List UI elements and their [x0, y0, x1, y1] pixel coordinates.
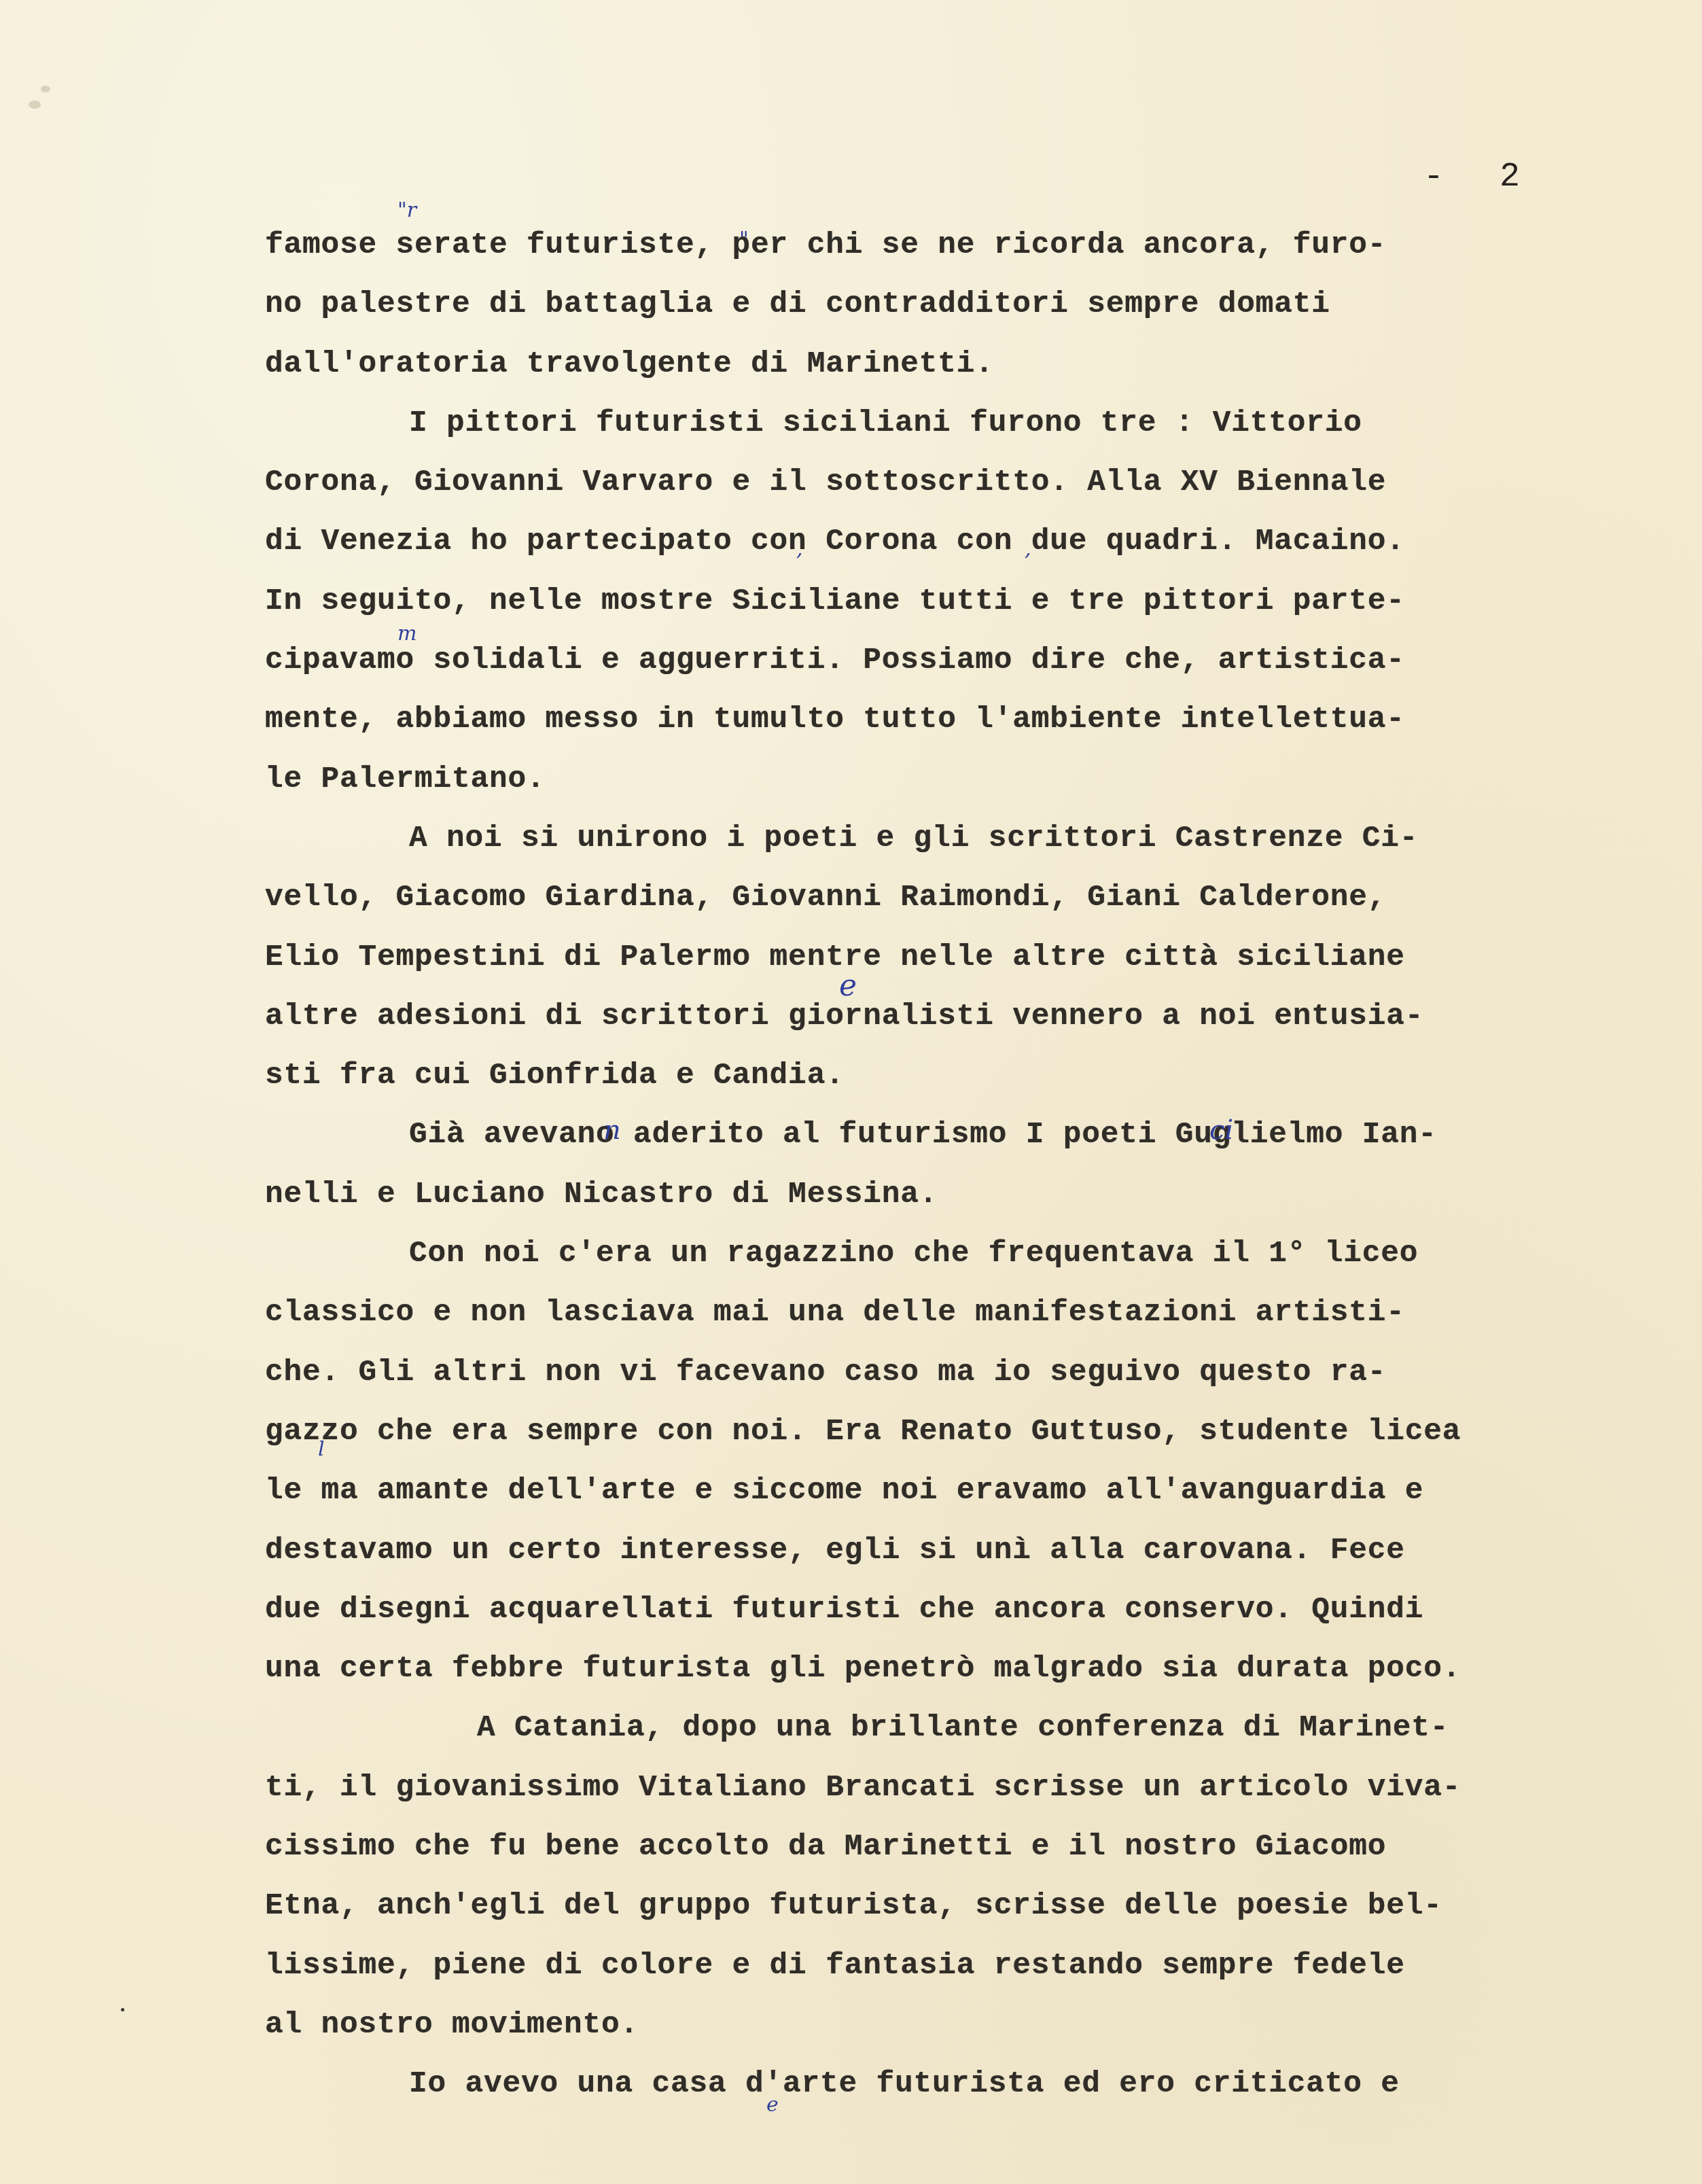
text-line: Etna, anch'egli del gruppo futurista, sc… — [265, 1877, 1624, 1936]
text-line: destavamo un certo interesse, egli si un… — [265, 1521, 1624, 1581]
text-line: altre adesioni di scrittori giornalisti … — [265, 987, 1624, 1046]
handwritten-annotation: m — [397, 622, 416, 646]
handwritten-annotation: " — [739, 228, 749, 251]
text-line: ti, il giovanissimo Vitaliano Brancati s… — [265, 1759, 1624, 1818]
handwritten-annotation: ci — [1209, 1114, 1233, 1146]
text-line: In seguito, nelle mostre Siciliane tutti… — [265, 572, 1624, 631]
text-line: mente, abbiamo messo in tumulto tutto l'… — [265, 690, 1624, 750]
page-number: - 2 — [1423, 158, 1538, 196]
text-line: Elio Tempestini di Palermo mentre nelle … — [265, 928, 1624, 987]
text-line: Già avevano aderito al futurismo I poeti… — [265, 1106, 1624, 1165]
margin-dot — [121, 2008, 124, 2011]
text-line: A noi si unirono i poeti e gli scrittori… — [265, 809, 1624, 868]
text-line: gazzo che era sempre con noi. Era Renato… — [265, 1403, 1624, 1462]
text-line: le Palermitano. — [265, 750, 1624, 809]
text-line: al nostro movimento. — [265, 1996, 1624, 2055]
typed-body: famose serate futuriste, per chi se ne r… — [265, 216, 1624, 2115]
typed-page: - 2 famose serate futuriste, per chi se … — [0, 0, 1702, 2184]
handwritten-annotation: e — [839, 968, 857, 1003]
text-line: dall'oratoria travolgente di Marinetti. — [265, 335, 1624, 394]
text-line: I pittori futuristi siciliani furono tre… — [265, 394, 1624, 453]
text-line: classico e non lasciava mai una delle ma… — [265, 1284, 1624, 1343]
text-line: no palestre di battaglia e di contraddit… — [265, 275, 1624, 334]
text-line: vello, Giacomo Giardina, Giovanni Raimon… — [265, 868, 1624, 928]
text-line: sti fra cui Gionfrida e Candia. — [265, 1046, 1624, 1106]
handwritten-annotation: , — [796, 537, 803, 561]
paper-spot — [41, 86, 50, 92]
handwritten-annotation: "r — [397, 198, 416, 222]
handwritten-annotation: e — [766, 2093, 779, 2117]
text-line: una certa febbre futurista gli penetrò m… — [265, 1640, 1624, 1699]
text-line: nelli e Luciano Nicastro di Messina. — [265, 1165, 1624, 1225]
text-line: di Venezia ho partecipato con Corona con… — [265, 512, 1624, 571]
text-line: A Catania, dopo una brillante conferenza… — [265, 1699, 1624, 1758]
text-line: Con noi c'era un ragazzino che frequenta… — [265, 1225, 1624, 1284]
text-line: cissimo che fu bene accolto da Marinetti… — [265, 1818, 1624, 1877]
text-line: famose serate futuriste, per chi se ne r… — [265, 216, 1624, 275]
text-line: cipavamo solidali e agguerriti. Possiamo… — [265, 631, 1624, 690]
handwritten-annotation: , — [1025, 537, 1031, 561]
text-line: che. Gli altri non vi facevano caso ma i… — [265, 1343, 1624, 1403]
handwritten-annotation: l — [318, 1437, 325, 1461]
handwritten-annotation: n — [603, 1114, 621, 1146]
text-line: lissime, piene di colore e di fantasia r… — [265, 1937, 1624, 1996]
text-line: Corona, Giovanni Varvaro e il sottoscrit… — [265, 453, 1624, 512]
text-line: le ma amante dell'arte e siccome noi era… — [265, 1462, 1624, 1521]
text-line: Io avevo una casa d'arte futurista ed er… — [265, 2055, 1624, 2114]
text-line: due disegni acquarellati futuristi che a… — [265, 1581, 1624, 1640]
paper-spot — [29, 101, 41, 109]
